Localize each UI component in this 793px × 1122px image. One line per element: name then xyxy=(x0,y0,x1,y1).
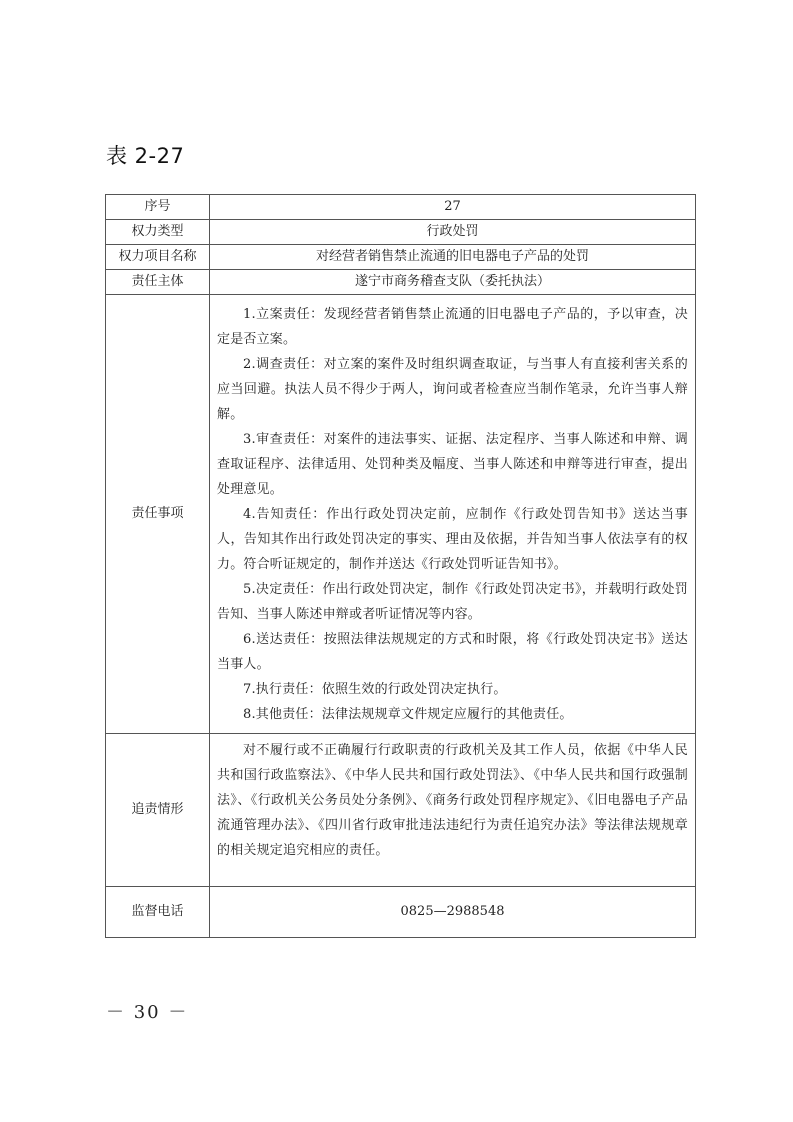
responsibility-table: 序号 27 权力类型 行政处罚 权力项目名称 对经营者销售禁止流通的旧电器电子产… xyxy=(105,194,696,938)
table-row-phone: 监督电话 0825—2988548 xyxy=(106,887,696,938)
table-row-power-type: 权力类型 行政处罚 xyxy=(106,220,696,245)
item-name-value: 对经营者销售禁止流通的旧电器电子产品的处罚 xyxy=(210,245,696,270)
duty-item: 7.执行责任：依照生效的行政处罚决定执行。 xyxy=(217,677,688,702)
accountability-content: 对不履行或不正确履行行政职责的行政机关及其工作人员，依据《中华人民共和国行政监察… xyxy=(210,734,696,887)
subject-value: 遂宁市商务稽查支队（委托执法） xyxy=(210,270,696,295)
accountability-text: 对不履行或不正确履行行政职责的行政机关及其工作人员，依据《中华人民共和国行政监察… xyxy=(217,738,688,863)
power-type-value: 行政处罚 xyxy=(210,220,696,245)
duty-item: 2.调查责任：对立案的案件及时组织调查取证，与当事人有直接利害关系的应当回避。执… xyxy=(217,352,688,427)
table-row-accountability: 追责情形 对不履行或不正确履行行政职责的行政机关及其工作人员，依据《中华人民共和… xyxy=(106,734,696,887)
accountability-label: 追责情形 xyxy=(106,734,210,887)
duty-item: 3.审查责任：对案件的违法事实、证据、法定程序、当事人陈述和申辩、调查取证程序、… xyxy=(217,427,688,502)
duties-label: 责任事项 xyxy=(106,295,210,734)
table-row-serial: 序号 27 xyxy=(106,195,696,220)
duty-item: 8.其他责任：法律法规规章文件规定应履行的其他责任。 xyxy=(217,702,688,727)
item-name-label: 权力项目名称 xyxy=(106,245,210,270)
table-caption: 表 2-27 xyxy=(106,140,184,170)
power-type-label: 权力类型 xyxy=(106,220,210,245)
serial-label: 序号 xyxy=(106,195,210,220)
table-row-duties: 责任事项 1.立案责任：发现经营者销售禁止流通的旧电器电子产品的，予以审查，决定… xyxy=(106,295,696,734)
duty-item: 1.立案责任：发现经营者销售禁止流通的旧电器电子产品的，予以审查，决定是否立案。 xyxy=(217,302,688,352)
phone-label: 监督电话 xyxy=(106,887,210,938)
duties-content: 1.立案责任：发现经营者销售禁止流通的旧电器电子产品的，予以审查，决定是否立案。… xyxy=(210,295,696,734)
subject-label: 责任主体 xyxy=(106,270,210,295)
duty-item: 6.送达责任：按照法律法规规定的方式和时限，将《行政处罚决定书》送达当事人。 xyxy=(217,627,688,677)
duty-item: 5.决定责任：作出行政处罚决定，制作《行政处罚决定书》，并载明行政处罚告知、当事… xyxy=(217,577,688,627)
table-row-item-name: 权力项目名称 对经营者销售禁止流通的旧电器电子产品的处罚 xyxy=(106,245,696,270)
serial-value: 27 xyxy=(210,195,696,220)
phone-value: 0825—2988548 xyxy=(210,887,696,938)
duty-item: 4.告知责任：作出行政处罚决定前，应制作《行政处罚告知书》送达当事人，告知其作出… xyxy=(217,502,688,577)
table-row-subject: 责任主体 遂宁市商务稽查支队（委托执法） xyxy=(106,270,696,295)
page-number: － 30 － xyxy=(106,998,188,1024)
